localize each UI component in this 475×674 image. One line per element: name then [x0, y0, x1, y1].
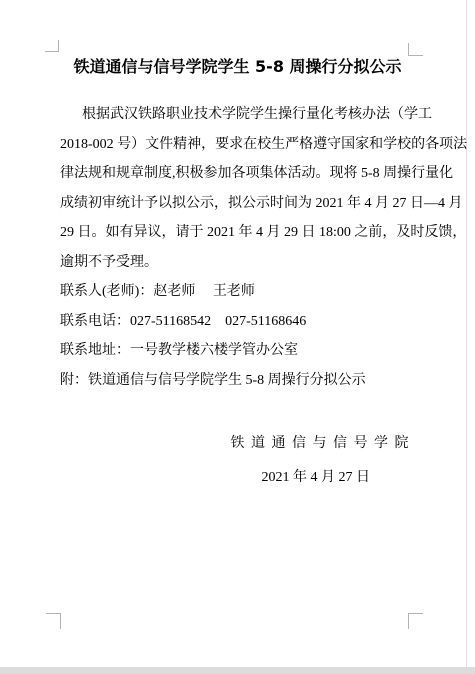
page-outside-band — [0, 667, 475, 674]
paragraph-line: 29 日。如有异议，请于 2021 年 4 月 29 日 18:00 之前，及时… — [60, 218, 415, 248]
paragraph-line: 逾期不予受理。 — [60, 248, 415, 278]
signature: 铁道通信与信号学院 — [60, 429, 415, 459]
attachment-line: 附：铁道通信与信号学院学生 5-8 周操行分拟公示 — [60, 366, 415, 396]
contact-person-line: 联系人(老师)：赵老师 王老师 — [60, 277, 415, 307]
paragraph-line: 根据武汉铁路职业技术学院学生操行量化考核办法（学工 — [60, 100, 415, 130]
margin-crop-mark-top-left — [45, 40, 59, 52]
document-page: 铁道通信与信号学院学生 5-8 周操行分拟公示 根据武汉铁路职业技术学院学生操行… — [0, 0, 475, 674]
paragraph-line: 2018-002 号）文件精神，要求在校生严格遵守国家和学校的各项法 — [60, 130, 415, 160]
document-title: 铁道通信与信号学院学生 5-8 周操行分拟公示 — [60, 54, 415, 80]
document-body: 铁道通信与信号学院学生 5-8 周操行分拟公示 根据武汉铁路职业技术学院学生操行… — [60, 0, 415, 492]
paragraph-line: 律法规和规章制度,积极参加各项集体活动。现将 5-8 周操行量化 — [60, 159, 415, 189]
date: 2021 年 4 月 27 日 — [60, 463, 370, 493]
contact-phone-line: 联系电话：027-51168542 027-51168646 — [60, 307, 415, 337]
contact-address-line: 联系地址：一号教学楼六楼学管办公室 — [60, 336, 415, 366]
paragraph-line: 成绩初审统计予以拟公示，拟公示时间为 2021 年 4 月 27 日—4 月 — [60, 189, 415, 219]
contact-block: 联系人(老师)：赵老师 王老师 联系电话：027-51168542 027-51… — [60, 277, 415, 395]
margin-crop-mark-bottom-right — [408, 613, 423, 629]
page-right-edge — [466, 0, 467, 667]
margin-crop-mark-bottom-left — [46, 613, 61, 629]
body-paragraph: 根据武汉铁路职业技术学院学生操行量化考核办法（学工 2018-002 号）文件精… — [60, 100, 415, 277]
